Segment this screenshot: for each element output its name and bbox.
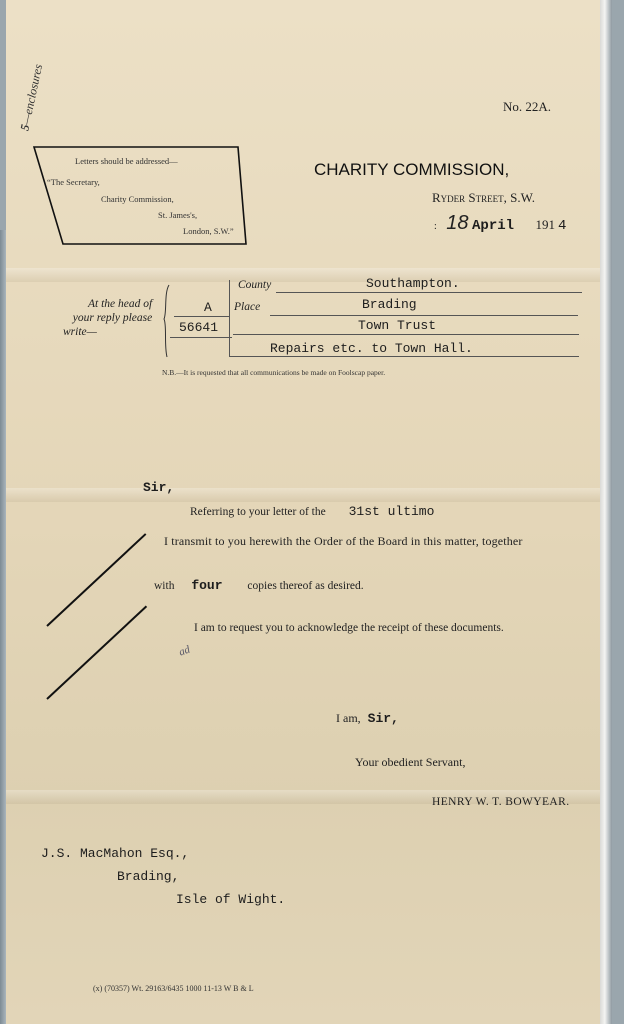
place-label: Place [234, 301, 260, 313]
county-label: County [238, 279, 271, 291]
reference-brace-icon [161, 283, 173, 359]
date-day: 18 [446, 212, 468, 234]
salutation: Sir, [143, 480, 174, 495]
reference-file-number: 56641 [179, 320, 218, 335]
foolscap-notice: N.B.—It is requested that all communicat… [162, 368, 385, 377]
county-rule [276, 292, 582, 293]
copies-count: four [191, 578, 222, 593]
reference-letter-code: A [204, 300, 212, 315]
paper-fold [6, 488, 612, 502]
paper-fold [6, 268, 612, 282]
address-box: Letters should be addressed— “The Secret… [33, 146, 245, 244]
body-line-reference: Referring to your letter of the 31st ult… [190, 504, 434, 519]
recipient-region: Isle of Wight. [176, 892, 285, 907]
body-line-copies-prefix: with [154, 580, 174, 592]
margin-slash-mark [46, 606, 147, 700]
address-box-line: Charity Commission, [101, 194, 174, 204]
place-rule [270, 315, 578, 316]
body-line-copies-suffix: copies thereof as desired. [247, 580, 363, 592]
signatory-name: HENRY W. T. BOWYEAR. [432, 796, 570, 808]
letter-page: 5—enclosures No. 22A. Letters should be … [6, 0, 612, 1024]
subject-line: Repairs etc. to Town Hall. [270, 341, 473, 356]
reply-instruction-line: At the head of [56, 297, 152, 311]
body-line-copies: with four copies thereof as desired. [154, 578, 364, 593]
printer-imprint: (x) (70357) Wt. 29163/6435 1000 11-13 W … [93, 984, 254, 993]
charity-name: Town Trust [358, 318, 436, 333]
date-year-suffix: 4 [558, 218, 566, 234]
county-value: Southampton. [366, 276, 460, 291]
recipient-name: J.S. MacMahon Esq., [41, 846, 189, 861]
reply-instruction-line: write— [56, 325, 152, 339]
closing-sir: Sir, [368, 711, 399, 726]
address-box-heading: Letters should be addressed— [75, 156, 178, 166]
recipient-town: Brading, [117, 869, 179, 884]
letterhead-title: CHARITY COMMISSION, [314, 160, 509, 180]
form-number: No. 22A. [503, 99, 551, 115]
letterhead-street: Ryder Street, S.W. [432, 190, 535, 206]
margin-note: 5—enclosures [17, 63, 46, 132]
reference-rule [174, 316, 230, 317]
referenced-letter-date: 31st ultimo [349, 504, 435, 519]
address-box-line: “The Secretary, [47, 177, 100, 187]
reply-instruction: At the head of your reply please write— [56, 297, 152, 339]
reference-rule [170, 337, 232, 338]
reference-divider [229, 280, 230, 356]
charity-rule [233, 334, 579, 335]
closing-i-am: I am, Sir, [336, 711, 399, 726]
scanner-edge-right [600, 0, 612, 1024]
reply-instruction-line: your reply please [56, 311, 152, 325]
handwritten-initials: ad [177, 643, 191, 658]
date-mark: : [434, 221, 437, 232]
margin-note-text: enclosures [21, 63, 45, 116]
place-value: Brading [362, 297, 417, 312]
margin-slash-mark [46, 533, 146, 627]
date-year-prefix: 191 [536, 217, 556, 232]
letter-date: : 18 April 1914 [434, 212, 566, 235]
body-line-reference-prefix: Referring to your letter of the [190, 506, 326, 518]
address-box-line: London, S.W.” [183, 226, 234, 236]
closing-i-am-text: I am, [336, 711, 361, 725]
address-box-line: St. James's, [158, 210, 197, 220]
subject-rule [229, 356, 579, 357]
body-line-transmit: I transmit to you herewith the Order of … [164, 534, 523, 549]
closing-servant: Your obedient Servant, [355, 755, 465, 770]
date-month: April [472, 218, 514, 234]
body-line-acknowledge: I am to request you to acknowledge the r… [194, 622, 504, 634]
